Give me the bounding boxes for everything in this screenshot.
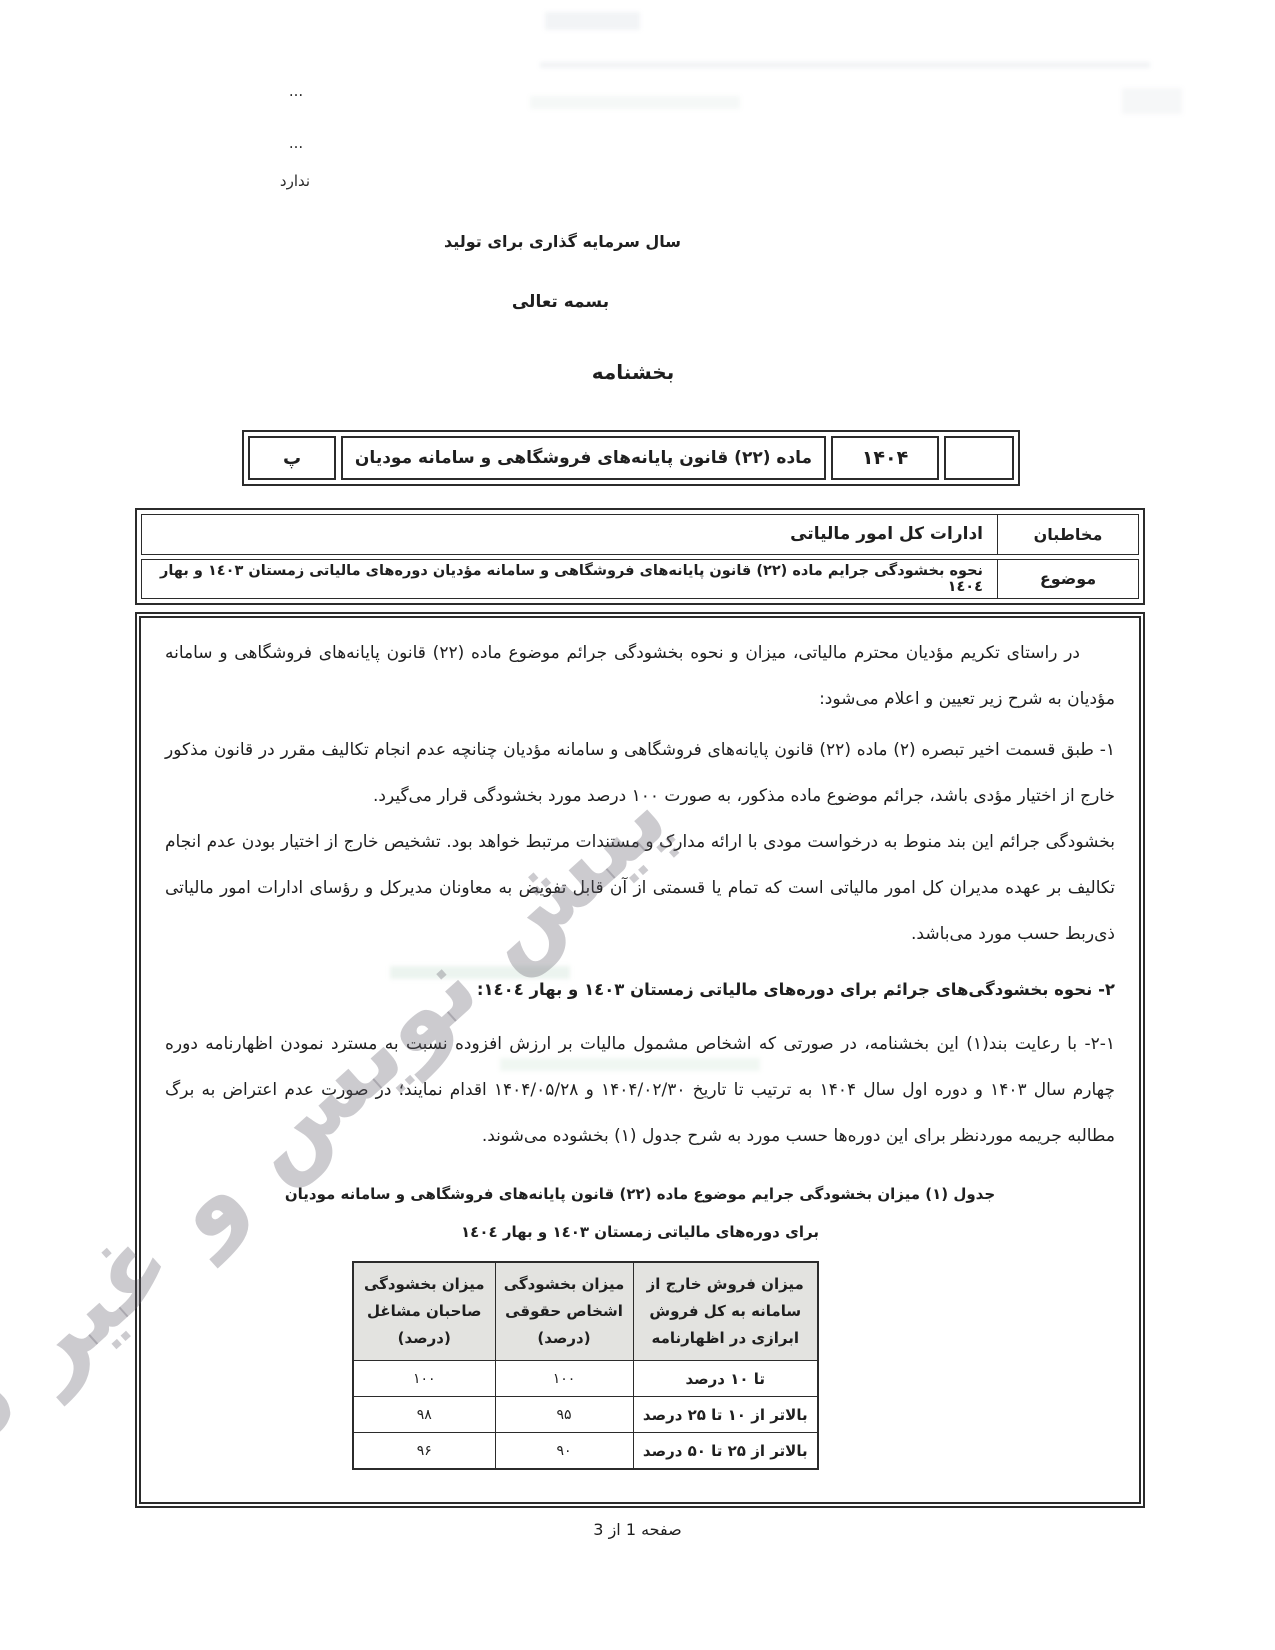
col-header-legal-persons: میزان بخشودگی اشخاص حقوقی (درصد) (495, 1262, 633, 1361)
scan-artifact (545, 12, 640, 30)
legal-percent-cell: ۹۰ (495, 1433, 633, 1470)
range-cell: بالاتر از ۱۰ تا ۲۵ درصد (633, 1397, 818, 1433)
reference-dots: ... (272, 82, 320, 100)
clause-1-paragraph: ۱- طبق قسمت اخیر تبصره (۲) ماده (۲۲) قان… (165, 727, 1115, 819)
audience-row: مخاطبان ادارات کل امور مالیاتی (141, 514, 1139, 555)
scan-artifact (540, 62, 1150, 68)
scanned-circular-page: ... ... ندارد سال سرمایه گذاری برای تولی… (0, 0, 1275, 1650)
col-header-sales-ratio: میزان فروش خارج از سامانه به کل فروش ابر… (633, 1262, 818, 1361)
meta-table: مخاطبان ادارات کل امور مالیاتی موضوع نحو… (135, 508, 1145, 605)
circular-year: ۱۴۰۴ (831, 436, 939, 480)
page-number: صفحه 1 از 3 (0, 1520, 1275, 1539)
clause-2-1-paragraph: ۲-۱- با رعایت بند(۱) این بخشنامه، در صور… (165, 1021, 1115, 1159)
table-row: تا ۱۰ درصد ۱۰۰ ۱۰۰ (353, 1361, 818, 1397)
forgiveness-rates-table: میزان فروش خارج از سامانه به کل فروش ابر… (352, 1261, 819, 1470)
range-cell: بالاتر از ۲۵ تا ۵۰ درصد (633, 1433, 818, 1470)
scan-artifact (1122, 88, 1182, 114)
subject-label: موضوع (997, 560, 1138, 599)
col-header-business-owners: میزان بخشودگی صاحبان مشاغل (درصد) (353, 1262, 495, 1361)
table-caption-line2: برای دوره‌های مالیاتی زمستان ۱٤۰۳ و بهار… (165, 1213, 1115, 1251)
table-header-row: میزان فروش خارج از سامانه به کل فروش ابر… (353, 1262, 818, 1361)
year-slogan: سال سرمایه گذاری برای تولید (415, 232, 710, 251)
date-dots: ... (272, 134, 320, 152)
intro-paragraph: در راستای تکریم مؤدیان محترم مالیاتی، می… (165, 630, 1115, 722)
business-percent-cell: ۹۶ (353, 1433, 495, 1470)
attachment-note: ندارد (255, 172, 335, 190)
audience-label: مخاطبان (997, 515, 1138, 554)
circular-header-table: ۱۴۰۴ ماده (۲۲) قانون پایانه‌های فروشگاهی… (242, 430, 1020, 486)
table-caption-line1: جدول (۱) میزان بخشودگی جرایم موضوع ماده … (165, 1175, 1115, 1213)
basmala: بسمه تعالی (468, 292, 653, 312)
business-percent-cell: ۱۰۰ (353, 1361, 495, 1397)
business-percent-cell: ۹۸ (353, 1397, 495, 1433)
table-row: بالاتر از ۱۰ تا ۲۵ درصد ۹۵ ۹۸ (353, 1397, 818, 1433)
document-type-title: بخشنامه (538, 360, 728, 384)
range-cell: تا ۱۰ درصد (633, 1361, 818, 1397)
circular-body: در راستای تکریم مؤدیان محترم مالیاتی، می… (135, 612, 1145, 1508)
subject-value: نحوه بخشودگی جرایم ماده (۲۲) قانون پایان… (142, 560, 997, 599)
circular-serial-letter: پ (248, 436, 336, 480)
clause-2-heading: ۲- نحوه بخشودگی‌های جرائم برای دوره‌های … (165, 967, 1115, 1013)
scan-artifact (530, 96, 740, 109)
subject-row: موضوع نحوه بخشودگی جرایم ماده (۲۲) قانون… (141, 559, 1139, 600)
circular-law-title: ماده (۲۲) قانون پایانه‌های فروشگاهی و سا… (341, 436, 826, 480)
legal-percent-cell: ۹۵ (495, 1397, 633, 1433)
clause-1-note-paragraph: بخشودگی جرائم این بند منوط به درخواست مو… (165, 819, 1115, 957)
stamp-cell (944, 436, 1014, 480)
table-row: بالاتر از ۲۵ تا ۵۰ درصد ۹۰ ۹۶ (353, 1433, 818, 1470)
audience-value: ادارات کل امور مالیاتی (142, 515, 997, 554)
legal-percent-cell: ۱۰۰ (495, 1361, 633, 1397)
